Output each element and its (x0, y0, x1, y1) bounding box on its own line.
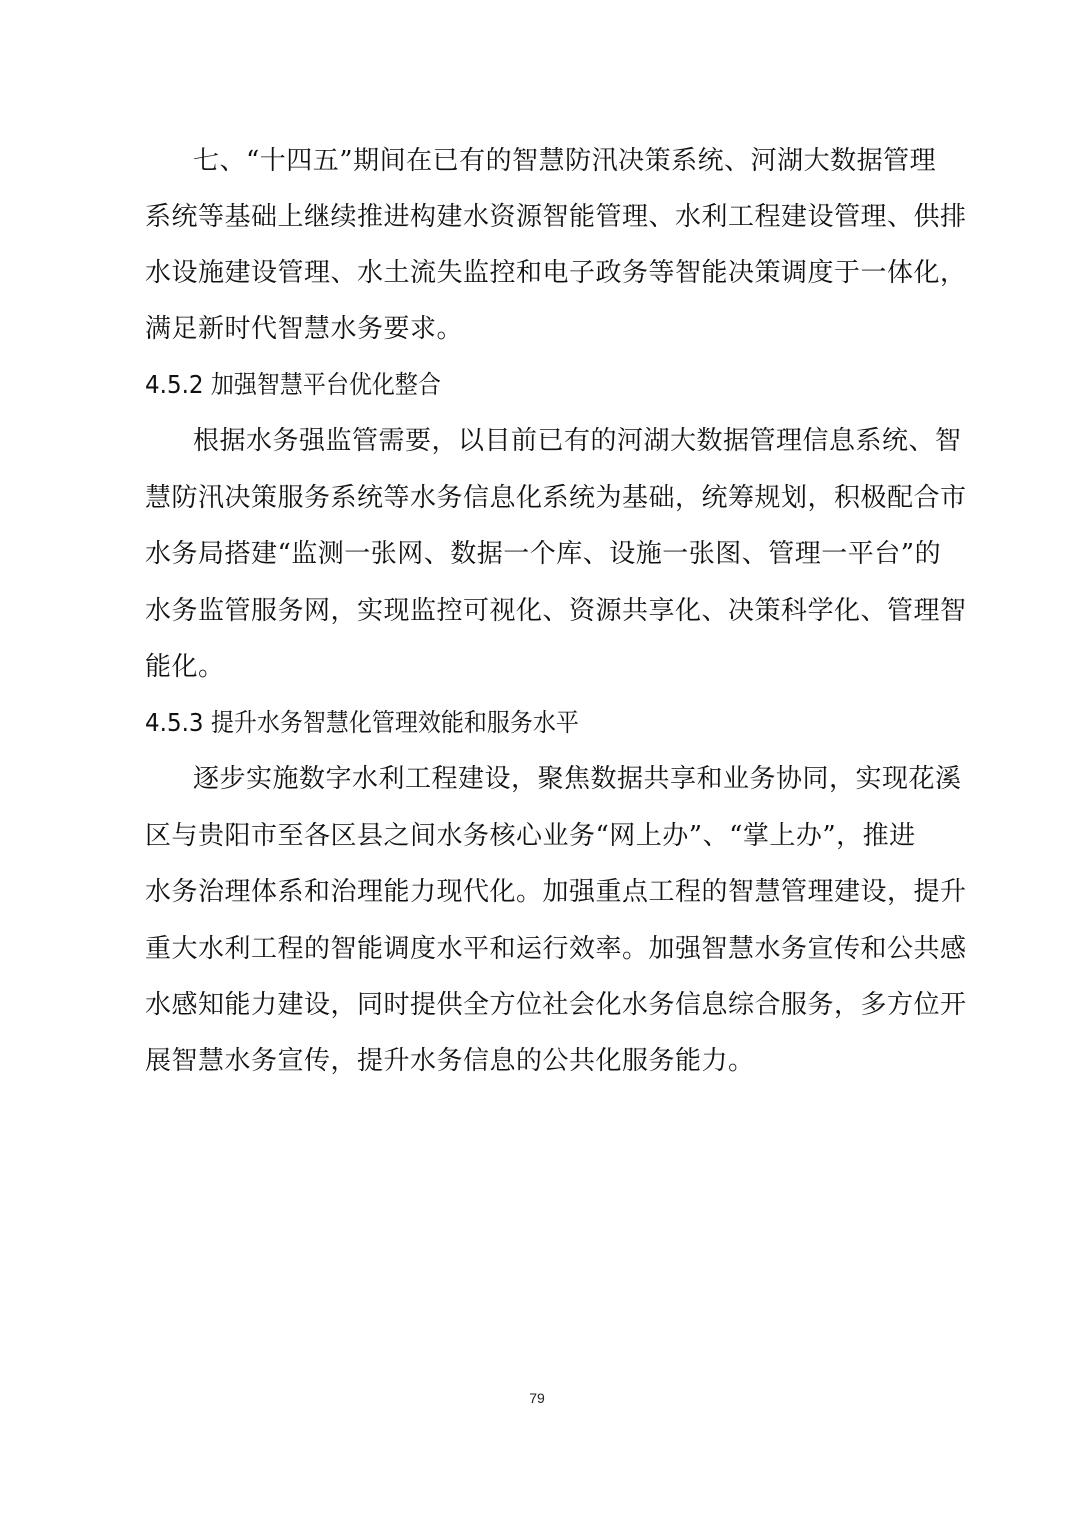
paragraph-line: 慧防汛决策服务系统等水务信息化系统为基础，统筹规划，积极配合市 (145, 483, 967, 513)
paragraph-line: 水感知能力建设，同时提供全方位社会化水务信息综合服务，多方位开 (145, 990, 967, 1020)
paragraph-line: 满足新时代智慧水务要求。 (145, 314, 463, 344)
document-page: 七、“十四五”期间在已有的智慧防汛决策系统、河湖大数据管理 系统等基础上继续推进… (0, 0, 1074, 1520)
section-heading-4-5-3: 4.5.3 提升水务智慧化管理效能和服务水平 (145, 708, 579, 738)
paragraph-line: 逐步实施数字水利工程建设，聚焦数据共享和业务协同，实现花溪 (193, 764, 962, 794)
page-number: 79 (0, 1390, 1074, 1406)
paragraph-line: 水务监管服务网，实现监控可视化、资源共享化、决策科学化、管理智 (145, 596, 967, 626)
section-heading-4-5-2: 4.5.2 加强智慧平台优化整合 (145, 370, 441, 400)
paragraph-line: 区与贵阳市至各区县之间水务核心业务“网上办”、“掌上办”，推进 (145, 821, 916, 851)
paragraph-line: 系统等基础上继续推进构建水资源智能管理、水利工程建设管理、供排 (145, 202, 967, 232)
paragraph-line: 根据水务强监管需要，以目前已有的河湖大数据管理信息系统、智 (193, 426, 962, 456)
paragraph-line: 能化。 (145, 652, 225, 682)
paragraph-line: 水务治理体系和治理能力现代化。加强重点工程的智慧管理建设，提升 (145, 877, 967, 907)
paragraph-line: 展智慧水务宣传，提升水务信息的公共化服务能力。 (145, 1046, 755, 1076)
paragraph-line: 重大水利工程的智能调度水平和运行效率。加强智慧水务宣传和公共感 (145, 934, 967, 964)
paragraph-line: 水务局搭建“监测一张网、数据一个库、设施一张图、管理一平台”的 (145, 539, 941, 569)
paragraph-line: 七、“十四五”期间在已有的智慧防汛决策系统、河湖大数据管理 (193, 146, 936, 176)
paragraph-line: 水设施建设管理、水土流失监控和电子政务等智能决策调度于一体化， (145, 258, 967, 288)
